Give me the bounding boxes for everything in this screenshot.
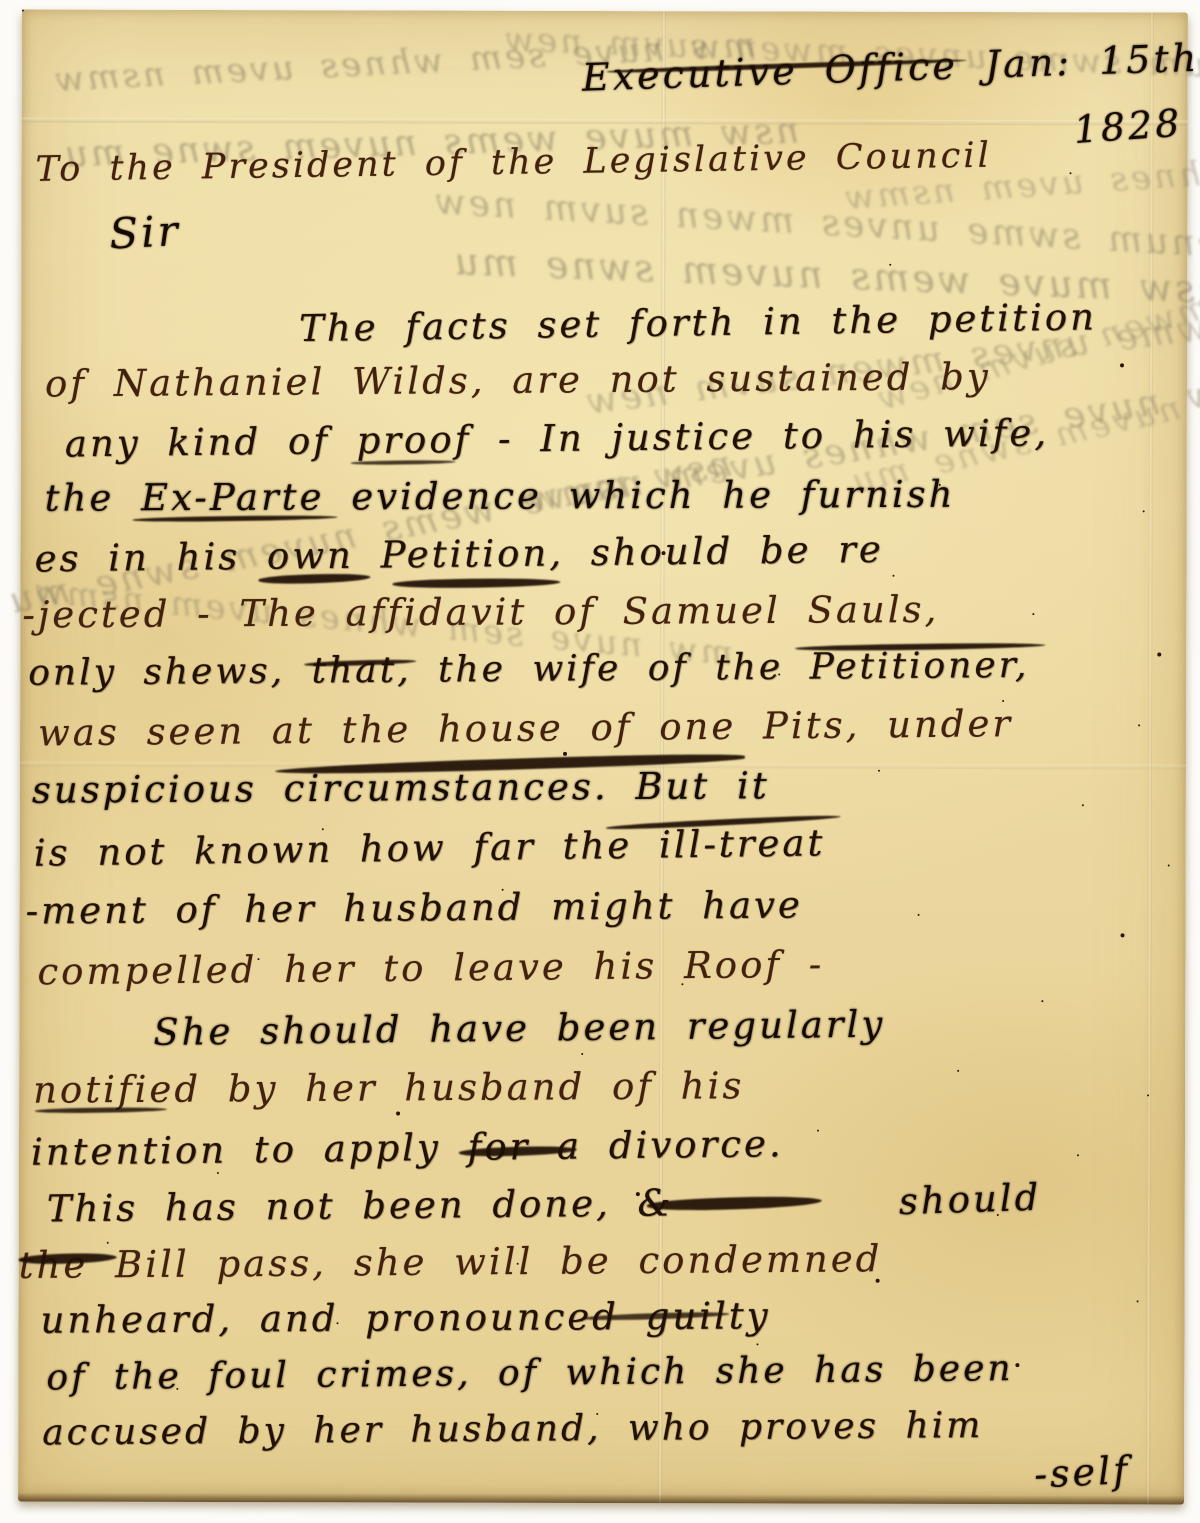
letter-line: She should have been regularly bbox=[153, 1003, 885, 1054]
letter-line: compelled her to leave his Roof - bbox=[37, 943, 824, 994]
paper-bottom-shadow bbox=[18, 1492, 1184, 1504]
letter-line: -ment of her husband might have bbox=[25, 883, 803, 932]
dateline-year: 1828 bbox=[1072, 101, 1183, 152]
letter-page: mw nuve sem whnes uvem nsmw venum swme u… bbox=[18, 9, 1188, 1504]
letter-line: was seen at the house of one Pits, under bbox=[38, 702, 1013, 754]
letter-line: notified by her husband of his bbox=[33, 1064, 745, 1111]
letter-line: accused by her husband, who proves him bbox=[42, 1405, 983, 1453]
letter-line: only shews, that, the wife of the Petiti… bbox=[28, 645, 1029, 694]
letter-line: is not known how far the ill-treat bbox=[34, 821, 826, 874]
letter-line: the Bill pass, she will be condemned bbox=[19, 1237, 883, 1287]
scan-background: mw nuve sem whnes uvem nsmw venum swme u… bbox=[0, 0, 1200, 1523]
letter-line: This has not been done, & bbox=[47, 1181, 674, 1230]
letter-line: of Nathaniel Wilds, are not sustained by bbox=[45, 355, 991, 405]
salutation: Sir bbox=[108, 206, 182, 258]
letter-line: of the foul crimes, of which she has bee… bbox=[46, 1348, 1014, 1398]
letter-line: -jected - The affidavit of Samuel Sauls, bbox=[22, 588, 939, 637]
ink-strike-mark bbox=[392, 577, 560, 588]
letter-line: should bbox=[898, 1176, 1042, 1224]
catchword: -self bbox=[1033, 1448, 1131, 1497]
ink-speckles bbox=[22, 9, 24, 11]
letter-line: the Ex-Parte evidence which he furnish bbox=[45, 473, 956, 520]
letter-line: intention to apply for a divorce. bbox=[31, 1122, 784, 1174]
ink-strike-mark bbox=[351, 460, 456, 466]
letter-line: es in his own Petition, should be re bbox=[34, 528, 884, 581]
